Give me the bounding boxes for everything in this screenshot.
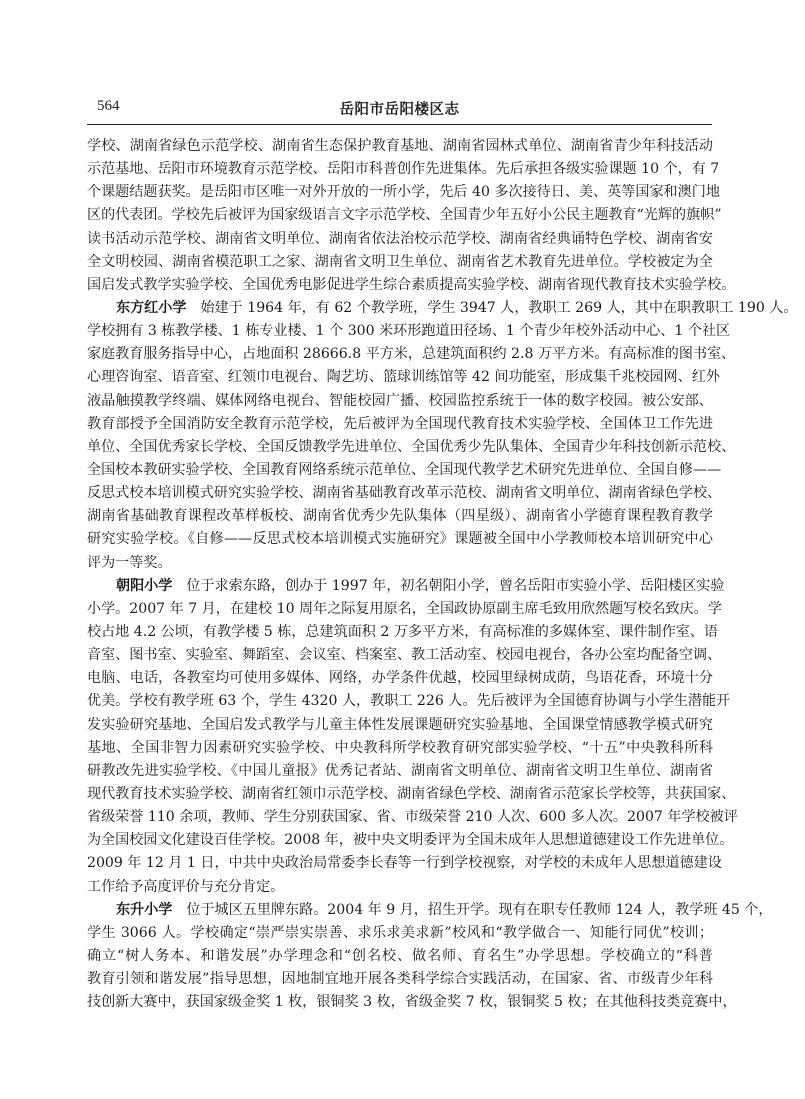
text-line: 2009 年 12 月 1 日，中共中央政治局常委李长春等一行到学校视察，对学校… <box>87 852 713 875</box>
text-line: 湖南省基础教育课程改革样板校、湖南省优秀少先队集体（四星级）、湖南省小学德育课程… <box>87 505 713 528</box>
text-line: 反思式校本培训模式研究实验学校、湖南省基础教育改革示范校、湖南省文明单位、湖南省… <box>87 482 713 505</box>
text-line: 为全国校园文化建设百佳学校。2008 年，被中央文明委评为全国未成年人思想道德建… <box>87 829 713 852</box>
body-text: 学校、湖南省绿色示范学校、湖南省生态保护教育基地、湖南省园林式单位、湖南省青少年… <box>87 135 713 1014</box>
text-line: 电脑、电话，各教室均可使用多媒体、网络，办学条件优越，校园里绿树成荫，鸟语花香，… <box>87 667 713 690</box>
text-line: 个课题结题获奖。是岳阳市区唯一对外开放的一所小学，先后 40 多次接待日、美、英… <box>87 181 713 204</box>
text-line: 全文明校园、湖南省模范职工之家、湖南省文明卫生单位、湖南省艺术教育先进单位。学校… <box>87 251 713 274</box>
paragraph-chaoyang-school: 朝阳小学位于求索东路，创办于 1997 年，初名朝阳小学，曾名岳阳市实验小学、岳… <box>87 575 713 899</box>
text-line: 校占地 4.2 公顷，有教学楼 5 栋，总建筑面积 2 万多平方米，有高标准的多… <box>87 621 713 644</box>
school-name: 朝阳小学 <box>116 578 172 594</box>
text-line: 教育部授予全国消防安全教育示范学校，先后被评为全国现代教育技术实验学校、全国体卫… <box>87 413 713 436</box>
text-line: 确立“树人务本、和谐发展”办学理念和“创名校、做名师、育名生”办学思想。学校确立… <box>87 945 713 968</box>
text-line: 技创新大赛中，获国家级金奖 1 枚，银铜奖 3 枚，省级金奖 7 枚，银铜奖 5… <box>87 991 713 1014</box>
school-name: 东方红小学 <box>116 300 186 316</box>
text-line: 研究实验学校。《自修——反思式校本培训模式实施研究》课题被全国中小学教师校本培训… <box>87 528 713 551</box>
text-line: 东升小学位于城区五里牌东路。2004 年 9 月，招生开学。现有在职专任教师 1… <box>87 899 713 922</box>
text-line: 东方红小学始建于 1964 年，有 62 个教学班，学生 3947 人，教职工 … <box>87 297 713 320</box>
text-line-content: 始建于 1964 年，有 62 个教学班，学生 3947 人，教职工 269 人… <box>200 300 797 316</box>
text-line-content: 位于城区五里牌东路。2004 年 9 月，招生开学。现有在职专任教师 124 人… <box>186 902 772 918</box>
text-line: 研教改先进实验学校、《中国儿童报》优秀记者站、湖南省文明单位、湖南省文明卫生单位… <box>87 760 713 783</box>
running-title: 岳阳市岳阳楼区志 <box>87 98 712 119</box>
text-line: 小学。2007 年 7 月，在建校 10 周年之际复用原名，全国政协原副主席毛致… <box>87 598 713 621</box>
text-line: 音室、图书室、实验室、舞蹈室、会议室、档案室、教工活动室、校园电视台，各办公室均… <box>87 644 713 667</box>
text-line: 心理咨询室、语音室、红领巾电视台、陶艺坊、篮球训练馆等 42 间功能室，形成集千… <box>87 366 713 389</box>
text-line: 学校、湖南省绿色示范学校、湖南省生态保护教育基地、湖南省园林式单位、湖南省青少年… <box>87 135 713 158</box>
text-line: 发实验研究基地、全国启发式教学与儿童主体性发展课题研究实验基地、全国课堂情感教学… <box>87 714 713 737</box>
text-line: 评为一等奖。 <box>87 552 713 575</box>
text-line: 单位、全国优秀家长学校、全国反馈教学先进单位、全国优秀少先队集体、全国青少年科技… <box>87 436 713 459</box>
text-line: 家庭教育服务指导中心，占地面积 28666.8 平方米，总建筑面积约 2.8 万… <box>87 343 713 366</box>
text-line: 现代教育技术实验学校、湖南省红领巾示范学校、湖南省绿色学校、湖南省示范家长学校等… <box>87 783 713 806</box>
paragraph-dongsheng-school: 东升小学位于城区五里牌东路。2004 年 9 月，招生开学。现有在职专任教师 1… <box>87 899 713 1015</box>
page-header: 564 岳阳市岳阳楼区志 <box>87 96 712 125</box>
text-line: 液晶触摸教学终端、媒体网络电视台、智能校园广播、校园监控系统于一体的数字校园。被… <box>87 390 713 413</box>
text-line: 学校拥有 3 栋教学楼、1 栋专业楼、1 个 300 米环形跑道田径场、1 个青… <box>87 320 713 343</box>
text-line: 读书活动示范学校、湖南省文明单位、湖南省依法治校示范学校、湖南省经典诵特色学校、… <box>87 228 713 251</box>
paragraph-dongfanghong-school: 东方红小学始建于 1964 年，有 62 个教学班，学生 3947 人，教职工 … <box>87 297 713 575</box>
text-line: 国启发式教学实验学校、全国优秀电影促进学生综合素质提高实验学校、湖南省现代教育技… <box>87 274 713 297</box>
text-line: 区的代表团。学校先后被评为国家级语言文字示范学校、全国青少年五好小公民主题教育“… <box>87 204 713 227</box>
text-line: 全国校本教研实验学校、全国教育网络系统示范单位、全国现代教学艺术研究先进单位、全… <box>87 459 713 482</box>
text-line-content: 位于求索东路，创办于 1997 年，初名朝阳小学，曾名岳阳市实验小学、岳阳楼区实… <box>186 578 724 594</box>
text-line: 省级荣誉 110 余项，教师、学生分别获国家、省、市级荣誉 210 人次、600… <box>87 806 713 829</box>
text-line: 示范基地、岳阳市环境教育示范学校、岳阳市科普创作先进集体。先后承担各级实验课题 … <box>87 158 713 181</box>
paragraph-continued: 学校、湖南省绿色示范学校、湖南省生态保护教育基地、湖南省园林式单位、湖南省青少年… <box>87 135 713 297</box>
text-line: 基地、全国非智力因素研究实验学校、中央教科所学校教育研究部实验学校、“十五”中央… <box>87 737 713 760</box>
text-line: 工作给予高度评价与充分肯定。 <box>87 876 713 899</box>
school-name: 东升小学 <box>116 902 172 918</box>
text-line: 教育引领和谐发展”指导思想，因地制宜地开展各类科学综合实践活动，在国家、省、市级… <box>87 968 713 991</box>
text-line: 优美。学校有教学班 63 个，学生 4320 人，教职工 226 人。先后被评为… <box>87 690 713 713</box>
text-line: 学生 3066 人。学校确定“崇严崇实崇善、求乐求美求新”校风和“教学做合一、知… <box>87 922 713 945</box>
text-line: 朝阳小学位于求索东路，创办于 1997 年，初名朝阳小学，曾名岳阳市实验小学、岳… <box>87 575 713 598</box>
